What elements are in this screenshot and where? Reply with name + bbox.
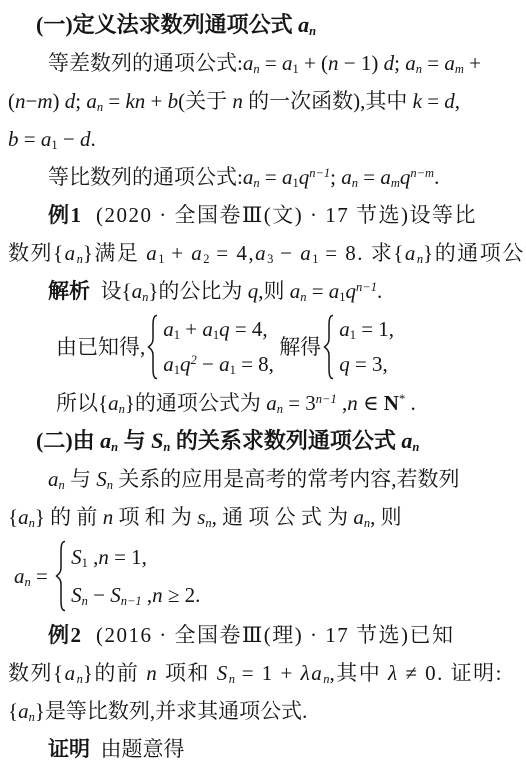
text-run: q [400,165,411,189]
text-run: − [197,352,219,376]
text-run: } 的 前 [35,505,103,529]
text-run: 所以{ [56,391,108,415]
text-run: a [48,467,59,491]
text-run: S [71,583,82,607]
text-run: = [422,51,444,75]
text-run: S [96,467,107,491]
text-run: , [455,89,460,113]
text-run: a [219,352,230,376]
text-run: a [132,279,143,303]
text-run: . [377,279,382,303]
text-run: n [412,440,419,454]
text-run: (2020 · 全国卷Ⅲ(文) · 17 节选)设等比 [83,203,477,227]
text-run: kn [125,89,145,113]
text-run: (关于 [178,89,232,113]
text-run: S [71,545,82,569]
text-run: n [232,89,243,113]
text-run: = [358,165,380,189]
text-run: 的一次函数),其中 [243,89,413,113]
text-run: − [58,127,80,151]
text-run: q [248,279,259,303]
text-run: d [444,89,455,113]
text-run: = 1, [109,545,147,569]
text-run: a [65,661,77,685]
text-line: b = a1 − d. [8,120,518,158]
text-run: a [146,241,158,265]
text-run: 由已知得, [56,335,145,359]
text-run: n−1 [316,392,337,406]
text-run: , [88,545,99,569]
text-run: . [405,391,416,415]
text-run: q [219,317,230,341]
equation-rows: a1 + a1q = 4,a1q2 − a1 = 8, [163,312,274,382]
text-run: k [413,89,422,113]
text-run: n [309,24,316,38]
text-run: 的关系求数列通项公式 [170,428,401,453]
text-run-group: 由已知得, [56,328,145,366]
text-line: an 与 Sn 关系的应用是高考的常考内容,若数列 [48,460,518,498]
text-run: 关系的应用是高考的常考内容,若数列 [113,467,460,491]
braced-equations: a1 = 1,q = 3, [321,312,394,382]
text-run: = 4, [210,241,256,265]
equation-row: q = 3, [339,347,394,382]
text-run: a [163,352,174,376]
text-run: , 则 [370,505,402,529]
text-run: n [15,89,26,113]
text-run: = [260,165,282,189]
text-run: 项和 [158,661,217,685]
text-run: a [65,241,77,265]
text-run: − [88,583,110,607]
text-run: n [347,391,358,415]
text-run: λ [388,661,399,685]
text-run: + [180,317,202,341]
text-run: 解得 [274,335,321,359]
text-run: 与 [65,467,97,491]
text-line: {an}是等比数列,并求其通项公式. [8,692,518,730]
text-run: a [243,51,254,75]
text-run: n [98,545,109,569]
proof-line: 证明 由题意得 [48,730,518,768]
document-page: (一)定义法求数列通项公式 an等差数列的通项公式:an = a1 + (n −… [0,0,526,768]
curly-brace-icon [145,314,159,380]
text-run: n−1 [356,280,377,294]
text-run: S [217,661,229,685]
text-run: ,其中 [329,661,388,685]
text-run: , 通 项 公 式 为 [212,505,354,529]
text-run: 例1 [48,203,83,227]
text-run: q [180,352,191,376]
text-run: d [65,89,76,113]
text-run: = 8. [318,241,370,265]
text-run: a [86,89,97,113]
curly-brace-icon [321,314,335,380]
text-run: = [422,89,444,113]
text-run: 等比数列的通项公式: [48,165,243,189]
text-run: 等差数列的通项公式: [48,51,243,75]
text-run: q [339,352,350,376]
section-heading-2: (二)由 an 与 Sn 的关系求数列通项公式 an [36,422,518,460]
text-run: 证明: [451,661,503,685]
text-run: { [8,699,18,723]
text-run: n [152,583,163,607]
equation-system-2: an = S1 ,n = 1,Sn − Sn−1 ,n ≥ 2. [14,536,518,616]
text-run: a [282,51,293,75]
text-run: a [405,241,417,265]
text-run: = 1, [356,317,394,341]
text-run: = 1 + [235,661,301,685]
text-run: a [255,241,267,265]
text-run: }满足 [83,241,146,265]
text-run: , [142,583,153,607]
text-run: (二)由 [36,428,100,453]
text-run: 证明 [48,737,90,761]
text-run: ; [330,165,341,189]
text-run: n−m [410,166,434,180]
text-run: a [353,505,364,529]
text-run: q [299,165,310,189]
curly-brace-icon [53,540,67,612]
text-run: ≥ 2. [163,583,201,607]
text-run: + [164,241,191,265]
text-run: a [163,317,174,341]
text-run: ( [8,89,15,113]
text-run: a [243,165,254,189]
text-run: a [380,165,391,189]
text-run: − 1) [339,51,384,75]
equation-row: Sn − Sn−1 ,n ≥ 2. [71,576,200,614]
equation-row: S1 ,n = 1, [71,538,200,576]
text-run: ≠ 0. [399,661,451,685]
equation-rows: a1 = 1,q = 3, [339,312,394,382]
text-run: N [384,391,399,415]
text-run: . [434,165,439,189]
text-run: S [151,428,163,453]
text-run: λa [301,661,324,685]
braced-equations: S1 ,n = 1,Sn − Sn−1 ,n ≥ 2. [53,538,200,614]
text-run: a [341,165,352,189]
text-run: m [37,89,52,113]
text-run: n [103,505,114,529]
text-run-group: 解得 [274,328,321,366]
text-run: ∈ [358,391,384,415]
text-run: }的通项公式为 [125,391,266,415]
text-run: a [202,317,213,341]
text-run: }的公比为 [148,279,247,303]
text-run: }是等比数列,并求其通项公式. [35,699,308,723]
text-run-group: an = [14,557,53,595]
text-run: 解析 [48,279,90,303]
text-run: = [31,564,53,588]
text-run: a [290,279,301,303]
text-run: b [168,89,179,113]
text-line: 数列{an}的前 n 项和 Sn = 1 + λan,其中 λ ≠ 0. 证明: [8,654,518,692]
text-run: a [282,165,293,189]
text-run: 数列{ [8,241,65,265]
text-line: {an} 的 前 n 项 和 为 sn, 通 项 公 式 为 an, 则 [8,498,518,536]
text-run: ,则 [258,279,290,303]
text-run: − [26,89,38,113]
text-run: a [444,51,455,75]
text-run: ; [75,89,86,113]
text-run: = 3, [350,352,388,376]
text-run: (2016 · 全国卷Ⅲ(理) · 17 节选)已知 [83,623,455,647]
text-run: a [401,428,412,453]
section-heading-1: (一)定义法求数列通项公式 an [36,6,518,44]
equation-row: a1 + a1q = 4, [163,312,274,347]
text-run: 由题意得 [90,737,185,761]
text-run: a [18,699,29,723]
text-run: a [298,12,309,37]
text-run: + [464,51,481,75]
text-run: q [346,279,357,303]
text-run: . [90,127,95,151]
equation-row: a1 = 1, [339,312,394,347]
text-run: = [103,89,125,113]
text-run: 设{ [90,279,132,303]
equation-row: a1q2 − a1 = 8, [163,347,274,382]
text-run: m [391,176,400,190]
text-run: = [260,51,282,75]
text-line: 等比数列的通项公式:an = a1qn−1; an = amqn−m. [48,158,518,196]
text-run: − [273,241,300,265]
text-run: a [14,564,25,588]
text-run: n−1 [121,594,142,608]
text-run: 求{ [371,241,405,265]
text-run: 例2 [48,623,83,647]
text-run: d [384,51,395,75]
text-run: 数列{ [8,661,65,685]
text-run: n−1 [309,166,330,180]
text-run: a [300,241,312,265]
analysis-line: 解析 设{an}的公比为 q,则 an = a1qn−1. [48,272,518,310]
text-line: 数列{an}满足 a1 + a2 = 4,a3 − a1 = 8. 求{an}的… [8,234,518,272]
text-run: ) [53,89,65,113]
text-run: a [266,391,277,415]
text-run: a [405,51,416,75]
text-run: + [145,89,167,113]
text-run: a [329,279,340,303]
text-run: a [108,391,119,415]
text-run: a [339,317,350,341]
braced-equations: a1 + a1q = 4,a1q2 − a1 = 8, [145,312,274,382]
text-run: n [328,51,339,75]
text-run: , [337,391,348,415]
equation-system-1: 由已知得,a1 + a1q = 4,a1q2 − a1 = 8, 解得a1 = … [56,310,518,384]
text-run: 项 和 为 [113,505,197,529]
text-run: = 8, [236,352,274,376]
text-run: (一)定义法求数列通项公式 [36,12,298,37]
text-run: { [8,505,18,529]
text-run: = [306,279,328,303]
text-line: 等差数列的通项公式:an = a1 + (n − 1) d; an = am + [48,44,518,82]
text-run: a [100,428,111,453]
text-run: d [80,127,91,151]
text-run: b [8,127,19,151]
equation-rows: S1 ,n = 1,Sn − Sn−1 ,n ≥ 2. [71,538,200,614]
text-run: = 4, [230,317,268,341]
example-1-line: 例1 (2020 · 全国卷Ⅲ(文) · 17 节选)设等比 [48,196,518,234]
text-run: ; [394,51,405,75]
text-run: = 3 [283,391,316,415]
text-run: = [19,127,41,151]
example-2-line: 例2 (2016 · 全国卷Ⅲ(理) · 17 节选)已知 [48,616,518,654]
text-run: m [455,62,464,76]
text-run: S [110,583,121,607]
text-line: 所以{an}的通项公式为 an = 3n−1 ,n ∈ N* . [56,384,518,422]
text-run: a [41,127,52,151]
text-run: }的通项公式. [423,241,526,265]
text-run: }的前 [83,661,146,685]
text-line: (n−m) d; an = kn + b(关于 n 的一次函数),其中 k = … [8,82,518,120]
text-run: + ( [299,51,328,75]
text-run: a [18,505,29,529]
text-run: 与 [118,428,151,453]
text-run: n [146,661,158,685]
text-run: a [191,241,203,265]
